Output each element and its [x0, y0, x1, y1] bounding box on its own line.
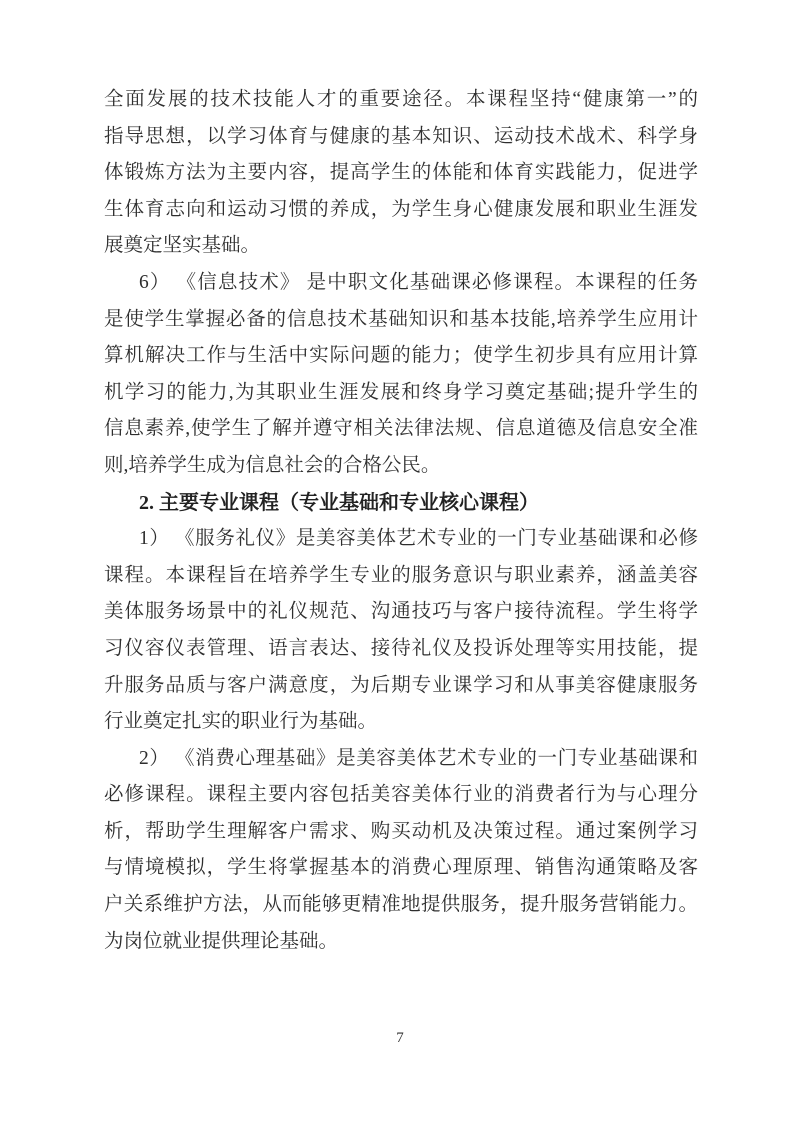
- text-line: 信息素养,使学生了解并遵守相关法律法规、信息道德及信息安全准: [104, 411, 698, 448]
- text-line: 全面发展的技术技能人才的重要途径。本课程坚持“健康第一”的: [104, 82, 698, 119]
- page-number: 7: [0, 1030, 800, 1047]
- section-heading-major-courses: 2. 主要专业课程（专业基础和专业核心课程）: [104, 485, 698, 522]
- text-line: 算机解决工作与生活中实际问题的能力；使学生初步具有应用计算: [104, 338, 698, 375]
- text-line: 则,培养学生成为信息社会的合格公民。: [104, 448, 698, 485]
- text-line: 指导思想，以学习体育与健康的基本知识、运动技术战术、科学身: [104, 119, 698, 156]
- text-line: 6） 《信息技术》 是中职文化基础课必修课程。本课程的任务: [104, 265, 698, 302]
- text-line: 美体服务场景中的礼仪规范、沟通技巧与客户接待流程。学生将学: [104, 594, 698, 631]
- text-line: 机学习的能力,为其职业生涯发展和终身学习奠定基础;提升学生的: [104, 375, 698, 412]
- text-line: 析，帮助学生理解客户需求、购买动机及决策过程。通过案例学习: [104, 814, 698, 851]
- text-line: 生体育志向和运动习惯的养成，为学生身心健康发展和职业生涯发: [104, 192, 698, 229]
- text-line: 2） 《消费心理基础》是美容美体艺术专业的一门专业基础课和: [104, 741, 698, 778]
- text-line: 与情境模拟，学生将掌握基本的消费心理原理、销售沟通策略及客: [104, 850, 698, 887]
- text-line: 1） 《服务礼仪》是美容美体艺术专业的一门专业基础课和必修: [104, 521, 698, 558]
- document-body: 全面发展的技术技能人才的重要途径。本课程坚持“健康第一”的 指导思想，以学习体育…: [104, 82, 698, 960]
- text-line: 是使学生掌握必备的信息技术基础知识和基本技能,培养学生应用计: [104, 302, 698, 339]
- text-line: 展奠定坚实基础。: [104, 228, 698, 265]
- text-line: 为岗位就业提供理论基础。: [104, 924, 698, 961]
- text-line: 户关系维护方法，从而能够更精准地提供服务，提升服务营销能力。: [104, 887, 698, 924]
- text-line: 习仪容仪表管理、语言表达、接待礼仪及投诉处理等实用技能，提: [104, 631, 698, 668]
- text-line: 行业奠定扎实的职业行为基础。: [104, 704, 698, 741]
- text-line: 课程。本课程旨在培养学生专业的服务意识与职业素养，涵盖美容: [104, 558, 698, 595]
- document-page: 全面发展的技术技能人才的重要途径。本课程坚持“健康第一”的 指导思想，以学习体育…: [0, 0, 800, 1131]
- text-line: 体锻炼方法为主要内容，提高学生的体能和体育实践能力，促进学: [104, 155, 698, 192]
- text-line: 必修课程。课程主要内容包括美容美体行业的消费者行为与心理分: [104, 777, 698, 814]
- text-line: 升服务品质与客户满意度，为后期专业课学习和从事美容健康服务: [104, 668, 698, 705]
